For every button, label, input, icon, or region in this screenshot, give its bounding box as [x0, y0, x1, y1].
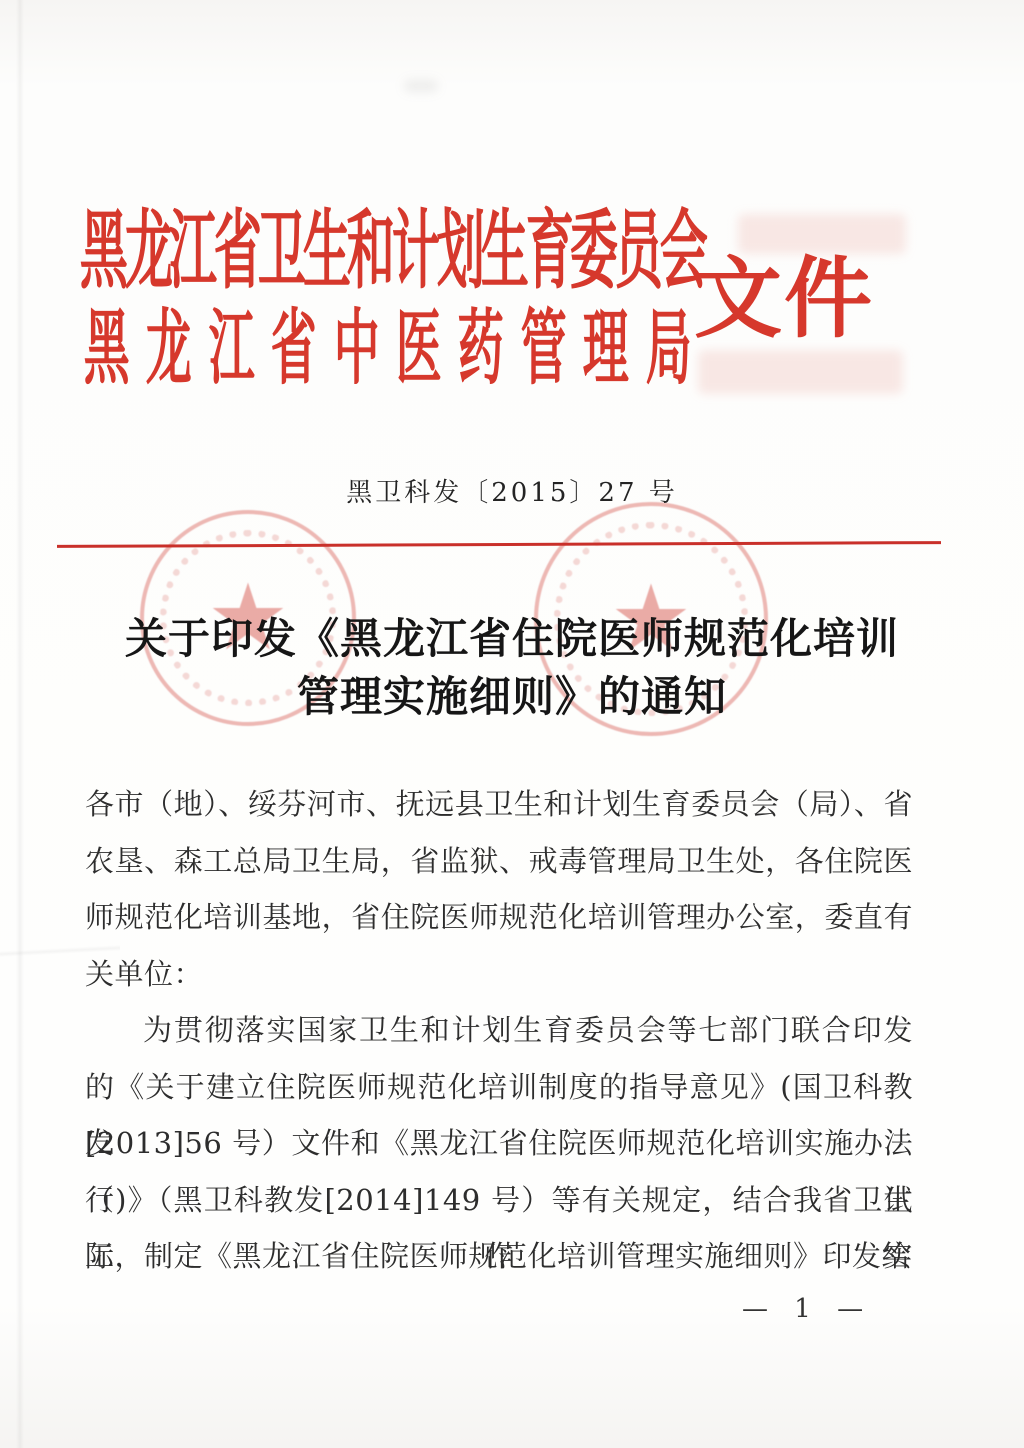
body-line: 为贯彻落实国家卫生和计划生育委员会等七部门联合印发: [85, 1002, 913, 1059]
body-line: 行)》（黑卫科教发[2014]149 号）等有关规定，结合我省卫生工作实: [85, 1172, 913, 1229]
body-line: 的《关于建立住院医师规范化培训制度的指导意见》(国卫科教发: [85, 1059, 913, 1116]
page-number: — 1 —: [742, 1294, 872, 1324]
document-body: 各市（地）、绥芬河市、抚远县卫生和计划生育委员会（局）、省 农垦、森工总局卫生局…: [85, 776, 913, 1285]
doc-number: 黑卫科发〔2015〕27 号: [0, 472, 1024, 509]
document-title: 关于印发《黑龙江省住院医师规范化培训 管理实施细则》的通知: [0, 610, 1024, 726]
body-line: 师规范化培训基地，省住院医师规范化培训管理办公室，委直有: [85, 889, 913, 946]
agency-name-line2: 黑龙江省中医药管理局: [70, 303, 694, 393]
body-line: 各市（地）、绥芬河市、抚远县卫生和计划生育委员会（局）、省: [85, 776, 913, 833]
body-line: [2013]56 号）文件和《黑龙江省住院医师规范化培训实施办法（试: [85, 1115, 913, 1172]
agency-name-line1: 黑龙江省卫生和计划生育委员会: [70, 203, 694, 299]
body-line: 际，制定《黑龙江省住院医师规范化培训管理实施细则》印发给: [85, 1228, 913, 1285]
scanned-document-page: 黑龙江省卫生和计划生育委员会 黑龙江省中医药管理局 文件 黑卫科发〔2015〕2…: [0, 0, 1024, 1448]
bleed-through-mark: [698, 350, 903, 394]
body-line: 农垦、森工总局卫生局，省监狱、戒毒管理局卫生处，各住院医: [85, 833, 913, 890]
doc-type-label: 文件: [694, 248, 874, 348]
title-line2: 管理实施细则》的通知: [0, 668, 1024, 726]
bleed-through-mark: [404, 80, 438, 92]
title-line1: 关于印发《黑龙江省住院医师规范化培训: [0, 610, 1024, 668]
body-line: 关单位：: [85, 946, 913, 1003]
letterhead: 黑龙江省卫生和计划生育委员会 黑龙江省中医药管理局: [70, 203, 694, 393]
